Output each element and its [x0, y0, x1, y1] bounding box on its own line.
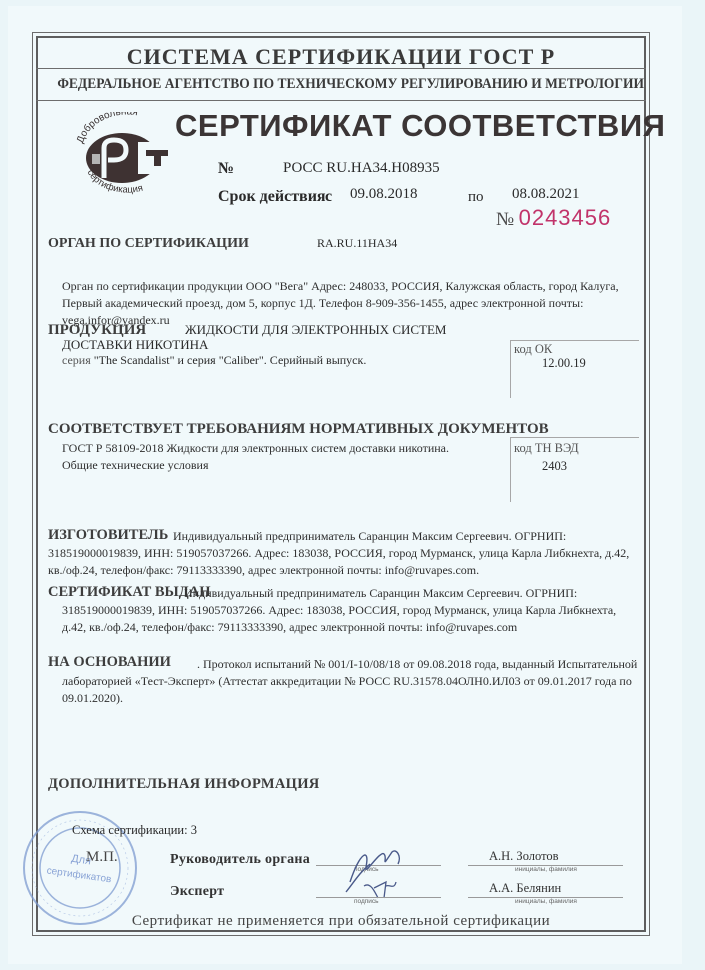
organ-code: RA.RU.11HA34 — [317, 236, 397, 251]
signature-icon — [340, 842, 420, 902]
head-name: А.Н. Золотов — [489, 849, 559, 864]
kod-ok-value: 12.00.19 — [542, 356, 586, 371]
expert-label: Эксперт — [170, 884, 224, 900]
product-series: серия "The Scandalist" и серия "Caliber"… — [62, 353, 366, 368]
expert-name: А.А. Белянин — [489, 881, 561, 896]
number-label: № — [218, 160, 234, 178]
blank-number-label: № — [496, 209, 514, 230]
voluntary-notice: Сертификат не применяется при обязательн… — [36, 913, 646, 930]
certificate-number: РОСС RU.HA34.H08935 — [283, 160, 440, 177]
name-caption: инициалы, фамилия — [515, 898, 577, 905]
kod-tn-label: код ТН ВЭД — [514, 441, 579, 456]
rst-logo: Добровольная сертификация — [72, 112, 182, 202]
rst-logo-icon: Добровольная сертификация — [72, 112, 182, 202]
organ-heading: ОРГАН ПО СЕРТИФИКАЦИИ — [48, 236, 249, 252]
product-name-line2: ДОСТАВКИ НИКОТИНА — [62, 337, 208, 353]
blank-serial-number: № 0243456 — [496, 205, 611, 231]
product-name-line1: ЖИДКОСТИ ДЛЯ ЭЛЕКТРОННЫХ СИСТЕМ — [185, 322, 447, 338]
compliance-text: ГОСТ Р 58109-2018 Жидкости для электронн… — [62, 440, 482, 474]
from-label: с — [325, 188, 332, 206]
head-label: Руководитель органа — [170, 852, 310, 868]
additional-info-heading: ДОПОЛНИТЕЛЬНАЯ ИНФОРМАЦИЯ — [48, 776, 320, 793]
svg-text:сертификатов: сертификатов — [46, 864, 112, 885]
certificate-title: СЕРТИФИКАТ СООТВЕТСТВИЯ — [175, 108, 665, 144]
blank-number-value: 0243456 — [519, 205, 612, 230]
kod-tn-value: 2403 — [542, 459, 567, 474]
signature-caption: подпись — [354, 898, 379, 905]
agency-name: ФЕДЕРАЛЬНОЕ АГЕНТСТВО ПО ТЕХНИЧЕСКОМУ РЕ… — [57, 76, 624, 93]
valid-from-date: 09.08.2018 — [350, 186, 418, 203]
series-prefix: серия — [62, 353, 91, 367]
series-text: "The Scandalist" и серия "Caliber". Сери… — [94, 353, 367, 367]
divider — [36, 100, 646, 101]
validity-label: Срок действия — [218, 188, 326, 206]
certification-scheme: Схема сертификации: 3 — [72, 823, 197, 838]
issued-to-text: Индивидуальный предприниматель Саранцин … — [62, 585, 642, 636]
stamp-place-label: М.П. — [86, 849, 118, 866]
to-label: по — [468, 189, 484, 206]
name-caption: инициалы, фамилия — [515, 866, 577, 873]
system-title: СИСТЕМА СЕРТИФИКАЦИИ ГОСТ Р — [36, 44, 646, 70]
valid-to-date: 08.08.2021 — [512, 186, 580, 203]
compliance-heading: СООТВЕТСТВУЕТ ТРЕБОВАНИЯМ НОРМАТИВНЫХ ДО… — [48, 421, 549, 438]
manufacturer-text: Индивидуальный предприниматель Саранцин … — [48, 528, 646, 579]
basis-text: . Протокол испытаний № 001/I-10/08/18 от… — [62, 656, 642, 707]
kod-ok-label: код ОК — [514, 342, 552, 357]
